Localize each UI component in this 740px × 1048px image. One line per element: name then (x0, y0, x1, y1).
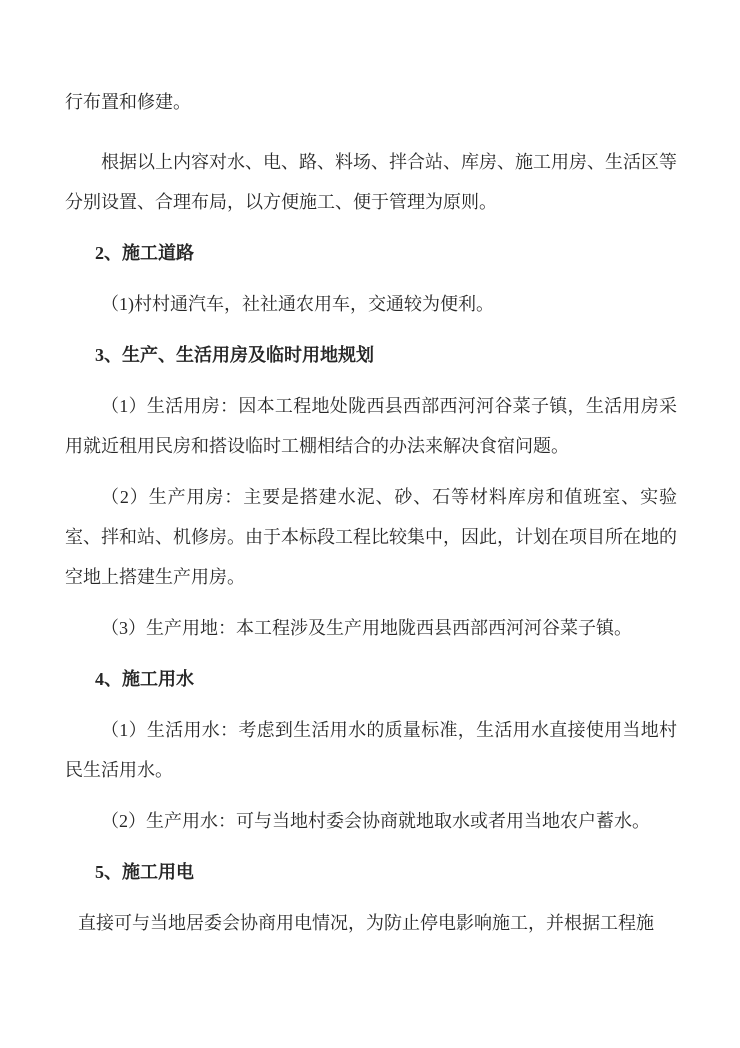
section-heading: 3、生产、生活用房及临时用地规划 (65, 335, 677, 375)
paragraph: 根据以上内容对水、电、路、料场、拌合站、库房、施工用房、生活区等分别设置、合理布… (65, 142, 677, 222)
section-heading: 2、施工道路 (65, 233, 677, 273)
paragraph: 直接可与当地居委会协商用电情况，为防止停电影响施工，并根据工程施 (65, 903, 677, 943)
paragraph: （3）生产用地：本工程涉及生产用地陇西县西部西河河谷菜子镇。 (65, 608, 677, 648)
paragraph: （1）生活用房：因本工程地处陇西县西部西河河谷菜子镇，生活用房采用就近租用民房和… (65, 386, 677, 466)
document-page: 行布置和修建。根据以上内容对水、电、路、料场、拌合站、库房、施工用房、生活区等分… (0, 0, 740, 1048)
section-heading: 5、施工用电 (65, 852, 677, 892)
paragraph: （1)村村通汽车，社社通农用车，交通较为便利。 (65, 284, 677, 324)
paragraph: （2）生产用房：主要是搭建水泥、砂、石等材料库房和值班室、实验室、拌和站、机修房… (65, 477, 677, 597)
document-body: 行布置和修建。根据以上内容对水、电、路、料场、拌合站、库房、施工用房、生活区等分… (65, 82, 677, 943)
section-heading: 4、施工用水 (65, 659, 677, 699)
paragraph: 行布置和修建。 (65, 82, 677, 122)
paragraph: （1）生活用水：考虑到生活用水的质量标准，生活用水直接使用当地村民生活用水。 (65, 710, 677, 790)
paragraph: （2）生产用水：可与当地村委会协商就地取水或者用当地农户蓄水。 (65, 801, 677, 841)
